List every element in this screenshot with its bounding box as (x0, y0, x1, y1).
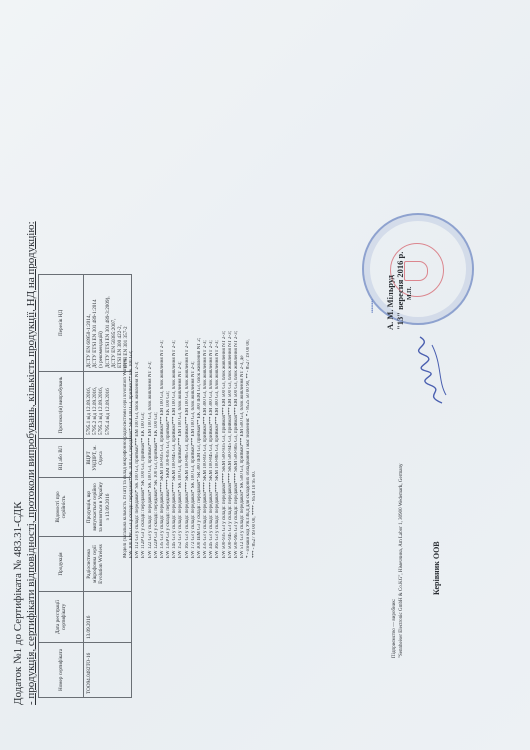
header-standards: Перелік НД (39, 275, 84, 372)
document-title: Додаток №1 до Сертифіката № 483.31-СДК -… (12, 221, 38, 705)
header-protocols: Протокол(и) випробувань (39, 372, 84, 439)
certificate-appendix-page: Додаток №1 до Сертифіката № 483.31-СДК -… (0, 0, 530, 750)
seal-mark: М.П. (405, 252, 415, 300)
table-header-row: Номер сертифіката Дата реєстрації сертиф… (39, 275, 84, 698)
manufacturer-value: "Sennheiser Electronic GmbH & Co.KG", Ні… (399, 464, 406, 658)
head-label: Керівник ООВ (432, 541, 441, 595)
certificate-table: Номер сертифіката Дата реєстрації сертиф… (38, 274, 132, 698)
header-product: Продукція (39, 537, 84, 592)
model-lines: EW 100 ENG G3 у складі: передавач* SK 10… (129, 38, 258, 558)
title-line-2: - продукція, сертифікати відповідності, … (25, 221, 38, 705)
signatory-block: А. М. Мільруд "13" вересня 2016 р. М.П. (385, 252, 415, 420)
header-serial-info: Відомості про серійність (39, 478, 84, 537)
model-line: *** - 8527 99 00 00, **** - 8518 10 95 0… (252, 38, 258, 558)
manufacturer-block: Підприємство — виробник: "Sennheiser Ele… (392, 464, 405, 658)
header-cert-number: Номер сертифіката (39, 643, 84, 698)
signature-date: "13" вересня 2016 р. (395, 252, 405, 330)
protocol-line: 5795.4 від 12.09.2016 (105, 375, 111, 435)
stamp-ring-text: •••••••• (370, 299, 376, 313)
cell-cert-number: ТОО94.0482ТО-16 (84, 643, 132, 698)
header-lab: ВЦ або ВЛ (39, 439, 84, 478)
cell-date: 13.09.2016 (84, 592, 132, 643)
model-list: Моделі (загальна кількість 19 шт) та скл… (123, 38, 258, 558)
header-registration-date: Дата реєстрації сертифікату (39, 592, 84, 643)
title-line-1: Додаток №1 до Сертифіката № 483.31-СДК (12, 221, 25, 705)
handwritten-signature (412, 335, 452, 405)
official-stamp: •••••••• (362, 213, 474, 325)
signatory-name: А. М. Мільруд (385, 252, 395, 330)
